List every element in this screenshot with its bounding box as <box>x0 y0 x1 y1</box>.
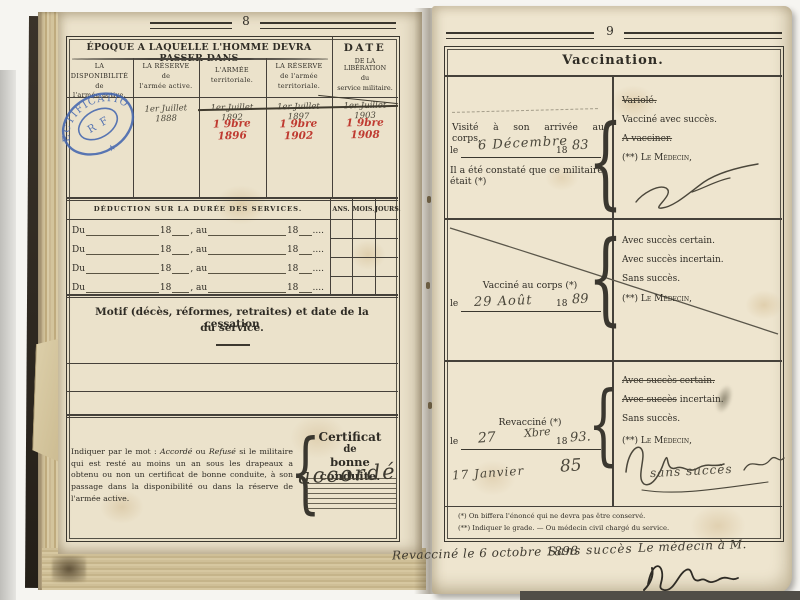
curly-brace: { <box>588 112 623 212</box>
option-succes-certain: Avec succès certain. <box>622 376 715 386</box>
constate-text: Il a été constaté que ce militaire était… <box>450 165 608 187</box>
section-rule <box>66 200 398 201</box>
date-line <box>461 311 601 312</box>
deduction-col-divider <box>375 197 376 296</box>
ans-col-header: ANS. <box>330 206 352 213</box>
conduct-certificate-note: Indiquer par le mot : Accordé ou Refusé … <box>71 446 293 504</box>
header-rule-right <box>260 22 396 29</box>
red-correction-territoriale: 1 9bre 1896 <box>200 117 265 143</box>
header-rule-right <box>624 32 782 39</box>
date-line <box>461 449 601 450</box>
handwritten-vaccine-year: 89 <box>572 292 589 308</box>
option-succes-incertain: Avec succès incertain. <box>622 255 724 265</box>
medecin-label: (**) Le Médecin, <box>622 294 692 304</box>
page-number: 8 <box>238 14 254 28</box>
le-label: le <box>450 299 458 309</box>
column-header-reserve-active: LA RÉSERVE de l'armée active. <box>135 62 197 91</box>
date-col-header: DATE DE LA LIBÉRATION du service militai… <box>333 42 397 92</box>
motif-divider <box>216 344 250 346</box>
option-variole: Variolé. <box>622 96 657 106</box>
stitch-mark <box>426 282 430 289</box>
section-rule <box>66 414 398 416</box>
deduction-col-divider <box>330 197 331 296</box>
section-rule <box>444 360 782 362</box>
motif-writing-line <box>66 391 398 392</box>
handwritten-revaccine-month: Xbre <box>523 425 551 440</box>
column-header-reserve-territoriale: LA RÉSERVE de l'armée territoriale. <box>268 62 330 91</box>
handwritten-vaccine-date: 29 Août <box>474 293 533 310</box>
curly-brace: { <box>588 228 623 328</box>
section-rule <box>66 297 398 298</box>
mois-col-header: MOIS. <box>352 206 375 213</box>
column-header-armee-territoriale: L'ARMÉE territoriale. <box>201 66 263 86</box>
du-row: Du 18 , au 18 .... <box>72 264 324 274</box>
handwritten-second-year: 85 <box>559 455 582 476</box>
deduction-col-divider <box>352 197 353 296</box>
option-succes-incertain: Avec succès incertain. <box>622 395 724 405</box>
curly-brace: { <box>588 380 619 468</box>
option-succes-certain: Avec succès certain. <box>622 236 715 246</box>
option-sans-succes: Sans succès. <box>622 274 680 284</box>
deduction-row-rule <box>330 257 398 258</box>
stamp-center-text: R F <box>85 114 111 136</box>
refuse-word: Refusé <box>209 447 236 456</box>
footnote-rule <box>444 506 782 507</box>
stack-stain <box>52 556 86 582</box>
option-a-vacciner: A vacciner. <box>622 134 672 144</box>
le-label: le <box>450 437 458 447</box>
du-row: Du 18 , au 18 .... <box>72 226 324 236</box>
footnote-2: (**) Indiquer le grade. — Ou médecin civ… <box>458 524 768 532</box>
date-line <box>461 157 601 158</box>
red-correction-liberation: 1 9bre 1908 <box>333 116 397 141</box>
bottom-page-stack <box>42 548 426 590</box>
deduction-header-rule <box>66 219 398 220</box>
option-vaccine-avec-succes: Vacciné avec succès. <box>622 115 717 125</box>
certificate-value-accorde: accordé <box>297 459 397 488</box>
deduction-row-rule <box>330 238 398 239</box>
header-rule-left <box>150 22 232 29</box>
printed-year: 18 <box>556 146 567 156</box>
header-rule-left <box>446 32 594 39</box>
section-rule <box>66 294 398 296</box>
footnote-1: (*) On biffera l'énoncé qui ne devra pas… <box>458 512 768 520</box>
doctor-signature <box>632 158 772 220</box>
vaccine-au-corps-label: Vacciné au corps (*) <box>460 280 600 291</box>
du-row: Du 18 , au 18 .... <box>72 245 324 255</box>
deduction-title: DÉDUCTION SUR LA DURÉE DES SERVICES. <box>70 205 326 213</box>
le-label: le <box>450 146 458 156</box>
vaccination-title: Vaccination. <box>454 53 772 68</box>
red-correction-reserve-terr: 1 9bre 1902 <box>267 117 330 142</box>
du-row: Du 18 , au 18 .... <box>72 283 324 293</box>
jours-col-header: JOURS. <box>375 206 398 213</box>
doctor-signature <box>640 556 744 600</box>
handwritten-arrival-year: 83 <box>572 138 589 154</box>
page-number: 9 <box>602 24 618 38</box>
motif-writing-line <box>66 363 398 364</box>
section-rule <box>66 417 398 418</box>
title-underline <box>72 58 328 60</box>
option-sans-succes: Sans succès. <box>622 414 680 424</box>
bottom-note-sans-succes: Sans succès <box>548 542 633 559</box>
stitch-mark <box>427 196 431 203</box>
printed-year: 18 <box>556 437 567 447</box>
scanned-military-booklet: { "colors": { "paper": "#ece3cc", "print… <box>0 0 800 600</box>
section-rule <box>66 197 398 199</box>
accorde-word: Accordé <box>160 447 192 456</box>
handwritten-revaccine-day: 27 <box>477 429 496 446</box>
scanner-background-strip <box>0 70 16 600</box>
printed-year: 18 <box>556 299 567 309</box>
motif-title-line2: du service. <box>72 322 392 334</box>
deduction-row-rule <box>330 276 398 277</box>
